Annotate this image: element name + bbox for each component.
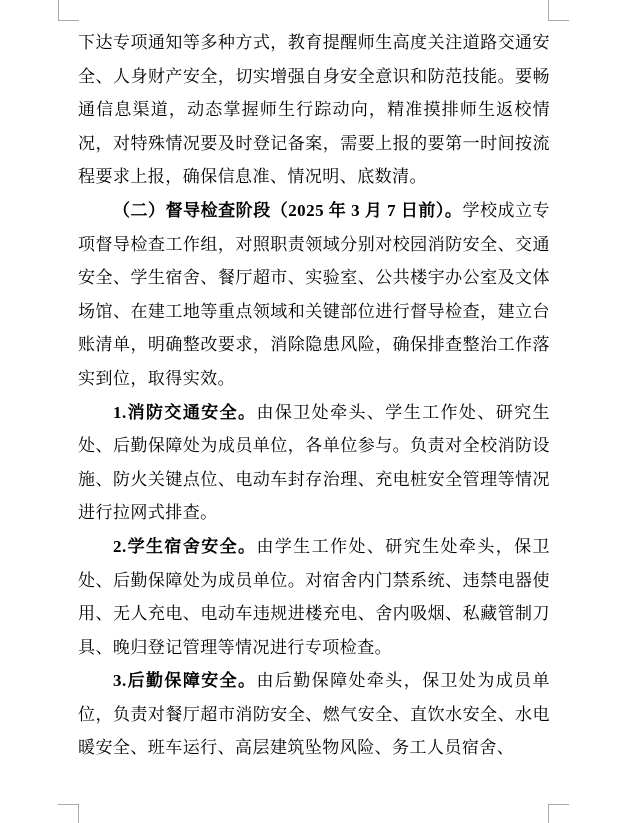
page-margin-mark-top-right bbox=[548, 0, 569, 21]
page-margin-mark-top-left bbox=[58, 0, 79, 21]
page-margin-mark-bottom-left bbox=[58, 804, 79, 823]
paragraph-text: 学校成立专项督导检查工作组，对照职责领域分别对校园消防安全、交通安全、学生宿舍、… bbox=[78, 201, 550, 388]
paragraph-lead-text: 2.学生宿舍安全。 bbox=[113, 537, 256, 556]
paragraph-lead-text: （二）督导检查阶段（2025 年 3 月 7 日前）。 bbox=[113, 201, 462, 220]
paragraph-text: 下达专项通知等多种方式，教育提醒师生高度关注道路交通安全、人身财产安全，切实增强… bbox=[78, 33, 550, 186]
paragraph: 3.后勤保障安全。由后勤保障处牵头，保卫处为成员单位，负责对餐厅超市消防安全、燃… bbox=[78, 664, 550, 765]
page-margin-mark-bottom-right bbox=[548, 804, 569, 823]
paragraph-lead-text: 3.后勤保障安全。 bbox=[113, 671, 256, 690]
document-body: 下达专项通知等多种方式，教育提醒师生高度关注道路交通安全、人身财产安全，切实增强… bbox=[78, 26, 550, 765]
paragraph: 1.消防交通安全。由保卫处牵头、学生工作处、研究生处、后勤保障处为成员单位，各单… bbox=[78, 396, 550, 530]
paragraph: 2.学生宿舍安全。由学生工作处、研究生处牵头，保卫处、后勤保障处为成员单位。对宿… bbox=[78, 530, 550, 664]
paragraph-lead-text: 1.消防交通安全。 bbox=[113, 403, 256, 422]
document-page: 下达专项通知等多种方式，教育提醒师生高度关注道路交通安全、人身财产安全，切实增强… bbox=[0, 0, 626, 823]
paragraph: 下达专项通知等多种方式，教育提醒师生高度关注道路交通安全、人身财产安全，切实增强… bbox=[78, 26, 550, 194]
paragraph: （二）督导检查阶段（2025 年 3 月 7 日前）。学校成立专项督导检查工作组… bbox=[78, 194, 550, 396]
